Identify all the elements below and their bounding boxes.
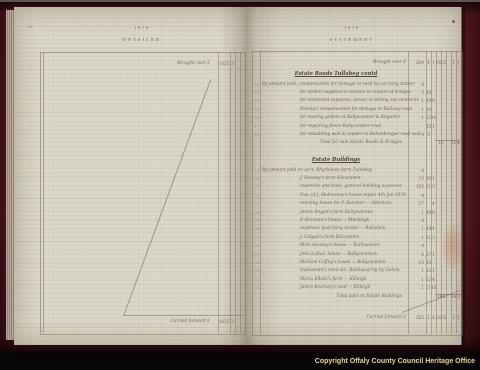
ledger-entry-text: Exp. of J. Mulrooney's house repair 4th … — [300, 194, 406, 199]
entry-amount-pounds: 4 — [407, 83, 424, 88]
section-total-text: Total paid on Estate Buildings — [290, 295, 402, 300]
entry-amount-pounds: 1 — [407, 227, 424, 232]
ledger-entry-text: J. Colgan's farm Kilcummin — [300, 236, 359, 241]
row-number: 20 — [251, 178, 259, 182]
right-brought-over-b-pence: 1 — [456, 61, 461, 66]
right-money-rule-7 — [451, 51, 452, 334]
row-number: 18 — [251, 134, 259, 138]
entry-amount-pounds: 17 — [407, 202, 424, 207]
ledger-photo: 44 1876 DETAILED Brought over £ 1635 3 C… — [0, 0, 480, 370]
right-money-rule-5 — [441, 51, 442, 334]
ledger-entry-text: James Regan's farm Ballycummin — [300, 211, 373, 216]
left-page-year: 1876 — [92, 25, 192, 30]
entry-amount-pounds: 105 — [407, 185, 424, 190]
row-number: 33 — [251, 287, 259, 291]
right-brought-over-b-pounds: 1635 — [435, 61, 447, 66]
total-amount-pence: 4 — [456, 141, 461, 146]
entry-amount-pounds: 1 — [407, 108, 424, 113]
entry-amount-pounds: 5 — [407, 91, 424, 96]
right-brought-over-label: Brought over £ — [356, 61, 406, 66]
right-carried-forward-b-pounds: 1635 — [435, 316, 447, 321]
left-money-rule-1 — [218, 52, 219, 333]
right-carried-forward-b-pence: 1 — [456, 316, 461, 321]
entry-amount-pounds: 1 — [407, 236, 424, 241]
entry-amount-pounds: 1 — [407, 269, 424, 274]
entry-amount-shillings: 10 — [426, 91, 431, 96]
sum-rule — [435, 140, 461, 141]
row-number: 32 — [251, 279, 259, 283]
left-money-rule-4 — [240, 52, 241, 333]
entry-amount-pence: 4 — [431, 278, 436, 283]
ledger-entry-text: By amount paid on acct. Rhyshouse farm T… — [262, 169, 372, 174]
entry-amount-pounds: 1 — [407, 278, 424, 283]
row-number: 31 — [251, 270, 259, 274]
book-top-edge — [0, 0, 480, 2]
total-amount-pounds: 16 — [435, 141, 447, 146]
right-carried-forward-label: Carried forward £ — [340, 316, 406, 321]
left-money-rule-2 — [230, 52, 231, 333]
pound-sign: £ — [207, 61, 210, 66]
row-number: 23 — [251, 203, 259, 207]
entry-amount-pounds: 4 — [407, 194, 424, 199]
row-number: 26 — [251, 228, 259, 232]
right-money-rule-4 — [436, 51, 437, 334]
row-number: 17 — [251, 126, 259, 130]
left-money-rule-3 — [235, 52, 236, 333]
ledger-entry-text: expenses quarrying stones — Ballydaly — [300, 227, 385, 232]
section-title: Estate Roads Tullabeg contd — [276, 72, 396, 78]
entry-amount-pounds: 1 — [407, 286, 424, 291]
ledger-entry-text: Mick Heaney's house — Ballinamere — [300, 244, 380, 249]
entry-amount-pence: 10 — [431, 286, 436, 291]
entry-amount-pence: 1 — [431, 125, 436, 130]
right-page-year: 1876 — [302, 25, 402, 30]
ledger-entry-text: for timber supplied to tenants in repair… — [300, 91, 411, 96]
entry-amount-pence: 3 — [431, 185, 436, 190]
left-brought-over-pounds: 1635 — [218, 62, 230, 67]
left-page-header: DETAILED — [92, 37, 192, 42]
entry-amount-pounds: 13 — [407, 261, 424, 266]
entry-amount-pence: 1 — [431, 269, 436, 274]
left-carried-forward-shillings: 3 — [230, 320, 235, 325]
ledger-entry-text: Michael Coffey's house — Ballycummin — [300, 261, 386, 266]
right-margin-rule — [260, 51, 261, 334]
left-carried-forward-pounds: 1635 — [218, 320, 230, 325]
entry-amount-pounds: 4 — [407, 244, 424, 249]
row-number: 14 — [251, 100, 259, 104]
row-number: 28 — [251, 245, 259, 249]
left-page-number: 44 — [28, 24, 33, 29]
ledger-entry-text: John Loftus' house — Ballycommon — [300, 253, 377, 258]
entry-amount-pence: 4 — [431, 227, 436, 232]
row-number: 21 — [251, 186, 259, 190]
entry-amount-pence: 1 — [431, 253, 436, 258]
row-number: 27 — [251, 237, 259, 241]
ledger-entry-text: materials and tools, general building ex… — [300, 185, 402, 190]
row-number: 12 — [251, 84, 259, 88]
entry-amount-pounds: 4 — [407, 133, 424, 138]
right-money-rule-6 — [446, 51, 447, 334]
entry-amount-pounds: 1 — [407, 211, 424, 216]
entry-amount-shillings: 10 — [426, 108, 431, 113]
ledger-entry-text: James Kearney's land — Killeigh — [300, 286, 370, 291]
ledger-entry-text: Delany's compensation for damage to Rail… — [300, 108, 412, 113]
red-stain — [442, 224, 464, 270]
row-number: 29 — [251, 254, 259, 258]
row-number: 22 — [251, 195, 259, 199]
row-number: 16 — [251, 117, 259, 121]
entry-amount-pence: 6 — [431, 99, 436, 104]
left-brought-over-label: Brought over £ — [130, 62, 210, 67]
ledger-entry-text: for repairing fence Ballycumber road — [300, 125, 381, 130]
entry-amount-pence: 4 — [431, 202, 436, 207]
ink-dot — [452, 20, 455, 23]
right-money-rule-3 — [431, 51, 432, 334]
row-number: 25 — [251, 220, 259, 224]
copyright-bar: Copyright Offaly County Council Heritage… — [0, 353, 480, 370]
ledger-entry-text: By amount paid, compensation for damage … — [262, 83, 415, 88]
total-amount-pence: 3 — [456, 295, 461, 300]
entry-amount-pounds: 6 — [407, 253, 424, 258]
entry-amount-pounds: 4 — [407, 169, 424, 174]
left-margin-rule — [43, 52, 44, 333]
entry-amount-pounds: 1 — [407, 99, 424, 104]
entry-amount-pence: 1 — [431, 177, 436, 182]
pound-sign: £ — [207, 319, 210, 324]
ledger-entry-text: for rebuilding wall & repairs to Rahanbr… — [300, 133, 421, 138]
entry-amount-shillings: 15 — [426, 261, 431, 266]
right-carried-forward-a-pounds: 265 — [407, 316, 424, 321]
entry-amount-pounds: 1 — [407, 116, 424, 121]
right-page-header: STATEMENT — [302, 37, 402, 42]
entry-amount-pence: 3 — [431, 236, 436, 241]
right-brought-over-a-pounds: 204 — [407, 61, 424, 66]
ledger-entry-text: for making gullets at Ballycumber & Kilg… — [300, 116, 400, 121]
row-number: 13 — [251, 92, 259, 96]
left-ledger-frame — [40, 52, 246, 335]
ledger-entry-text: tradesman's work &c. Ballinacarrig by Ga… — [300, 269, 399, 274]
left-brought-over-shillings: 3 — [230, 62, 235, 67]
left-carried-forward-label: Carried forward £ — [120, 320, 210, 325]
entry-amount-shillings: 5 — [426, 133, 431, 138]
entry-amount-pounds: 4 — [407, 219, 424, 224]
row-number: 19 — [251, 170, 259, 174]
section-total-text: Total for sum Estate Roads & Bridges — [290, 141, 402, 146]
ledger-entry-text: Maria Elliott's farm — Killeigh — [300, 278, 366, 283]
entry-amount-pence: 6 — [431, 211, 436, 216]
ledger-entry-text: erecting house for P. Banaher — Attishar… — [300, 202, 392, 207]
copyright-text: Copyright Offaly County Council Heritage… — [315, 358, 480, 365]
left-bottom-rule — [123, 315, 244, 316]
row-number: 24 — [251, 212, 259, 216]
row-number: 30 — [251, 262, 259, 266]
row-number: 15 — [251, 109, 259, 113]
section-title: Estate Buildings — [276, 158, 396, 164]
ledger-entry-text: P. Brennan's house — Mucklagh — [300, 219, 370, 224]
ledger-entry-text: J. Heaney's farm Kilcummin — [300, 177, 361, 182]
entry-amount-pence: 10 — [431, 116, 436, 121]
ledger-entry-text: for incidental expenses, labour in letti… — [300, 99, 419, 104]
entry-amount-pounds: 13 — [407, 177, 424, 182]
